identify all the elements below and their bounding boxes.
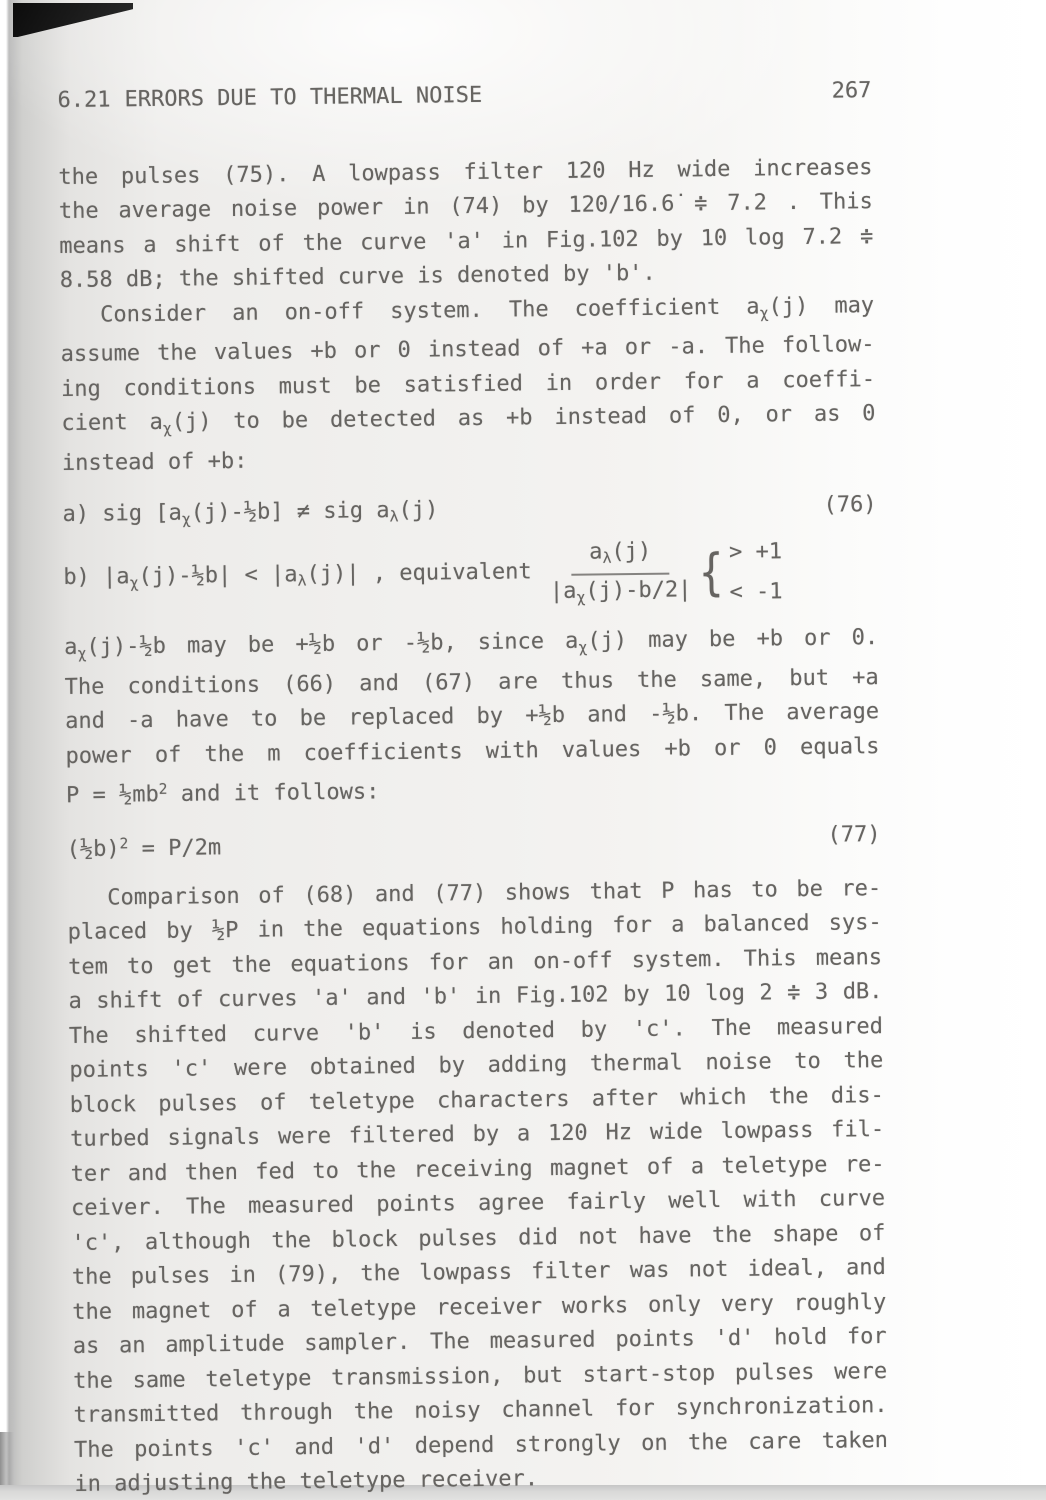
scan-bottom-left-shadow <box>0 1432 14 1490</box>
equation-76-condition-b-text: b) |aχ(j)-½b| < |aλ(j)| , equivalent <box>63 556 532 602</box>
section-title: ERRORS DUE TO THERMAL NOISE <box>124 83 482 112</box>
equation-76-condition-a: a) sig [aχ(j)-½b] ≠ sig aλ(j) <box>62 488 876 538</box>
paragraph: Comparison of (68) and (77) shows that P… <box>67 872 889 1500</box>
equation-77-label: (77) <box>827 818 880 858</box>
brace-glyph: { <box>699 548 724 598</box>
equation-76-condition-b: b) |aχ(j)-½b| < |aλ(j)| , equivalentaλ(j… <box>63 534 878 619</box>
paragraph: aχ(j)-½b may be +½b or -½b, since aχ(j) … <box>64 621 880 814</box>
header-left: 6.21ERRORS DUE TO THERMAL NOISE <box>57 79 482 119</box>
equation-76-label: (76) <box>823 488 876 523</box>
page-number: 267 <box>832 74 872 109</box>
paragraph: Consider an on-off system. The coefficie… <box>60 289 876 482</box>
case-conditions: {> +1< -1 <box>699 541 783 606</box>
page-body: the pulses (75). A lowpass filter 120 Hz… <box>58 151 888 1500</box>
section-number: 6.21 <box>57 87 110 113</box>
equation-76: a) sig [aχ(j)-½b] ≠ sig aλ(j)(76)b) |aχ(… <box>62 488 877 619</box>
case-stack: > +1< -1 <box>729 541 783 606</box>
case-top: > +1 <box>729 541 782 566</box>
fraction-denominator: |aχ(j)-b/2| <box>550 575 692 613</box>
fraction: aλ(j)|aχ(j)-b/2| <box>549 536 691 613</box>
text-line: P = ½mb2 and it follows: <box>66 764 880 814</box>
page-content: 6.21ERRORS DUE TO THERMAL NOISE 267 the … <box>57 74 888 1500</box>
equation-77: (½b)2 = P/2m(77) <box>66 818 880 868</box>
paragraph: the pulses (75). A lowpass filter 120 Hz… <box>58 151 874 299</box>
equation-77-formula: (½b)2 = P/2m <box>66 826 221 868</box>
fraction-numerator: aλ(j) <box>571 537 669 577</box>
case-bottom: < -1 <box>729 581 782 606</box>
